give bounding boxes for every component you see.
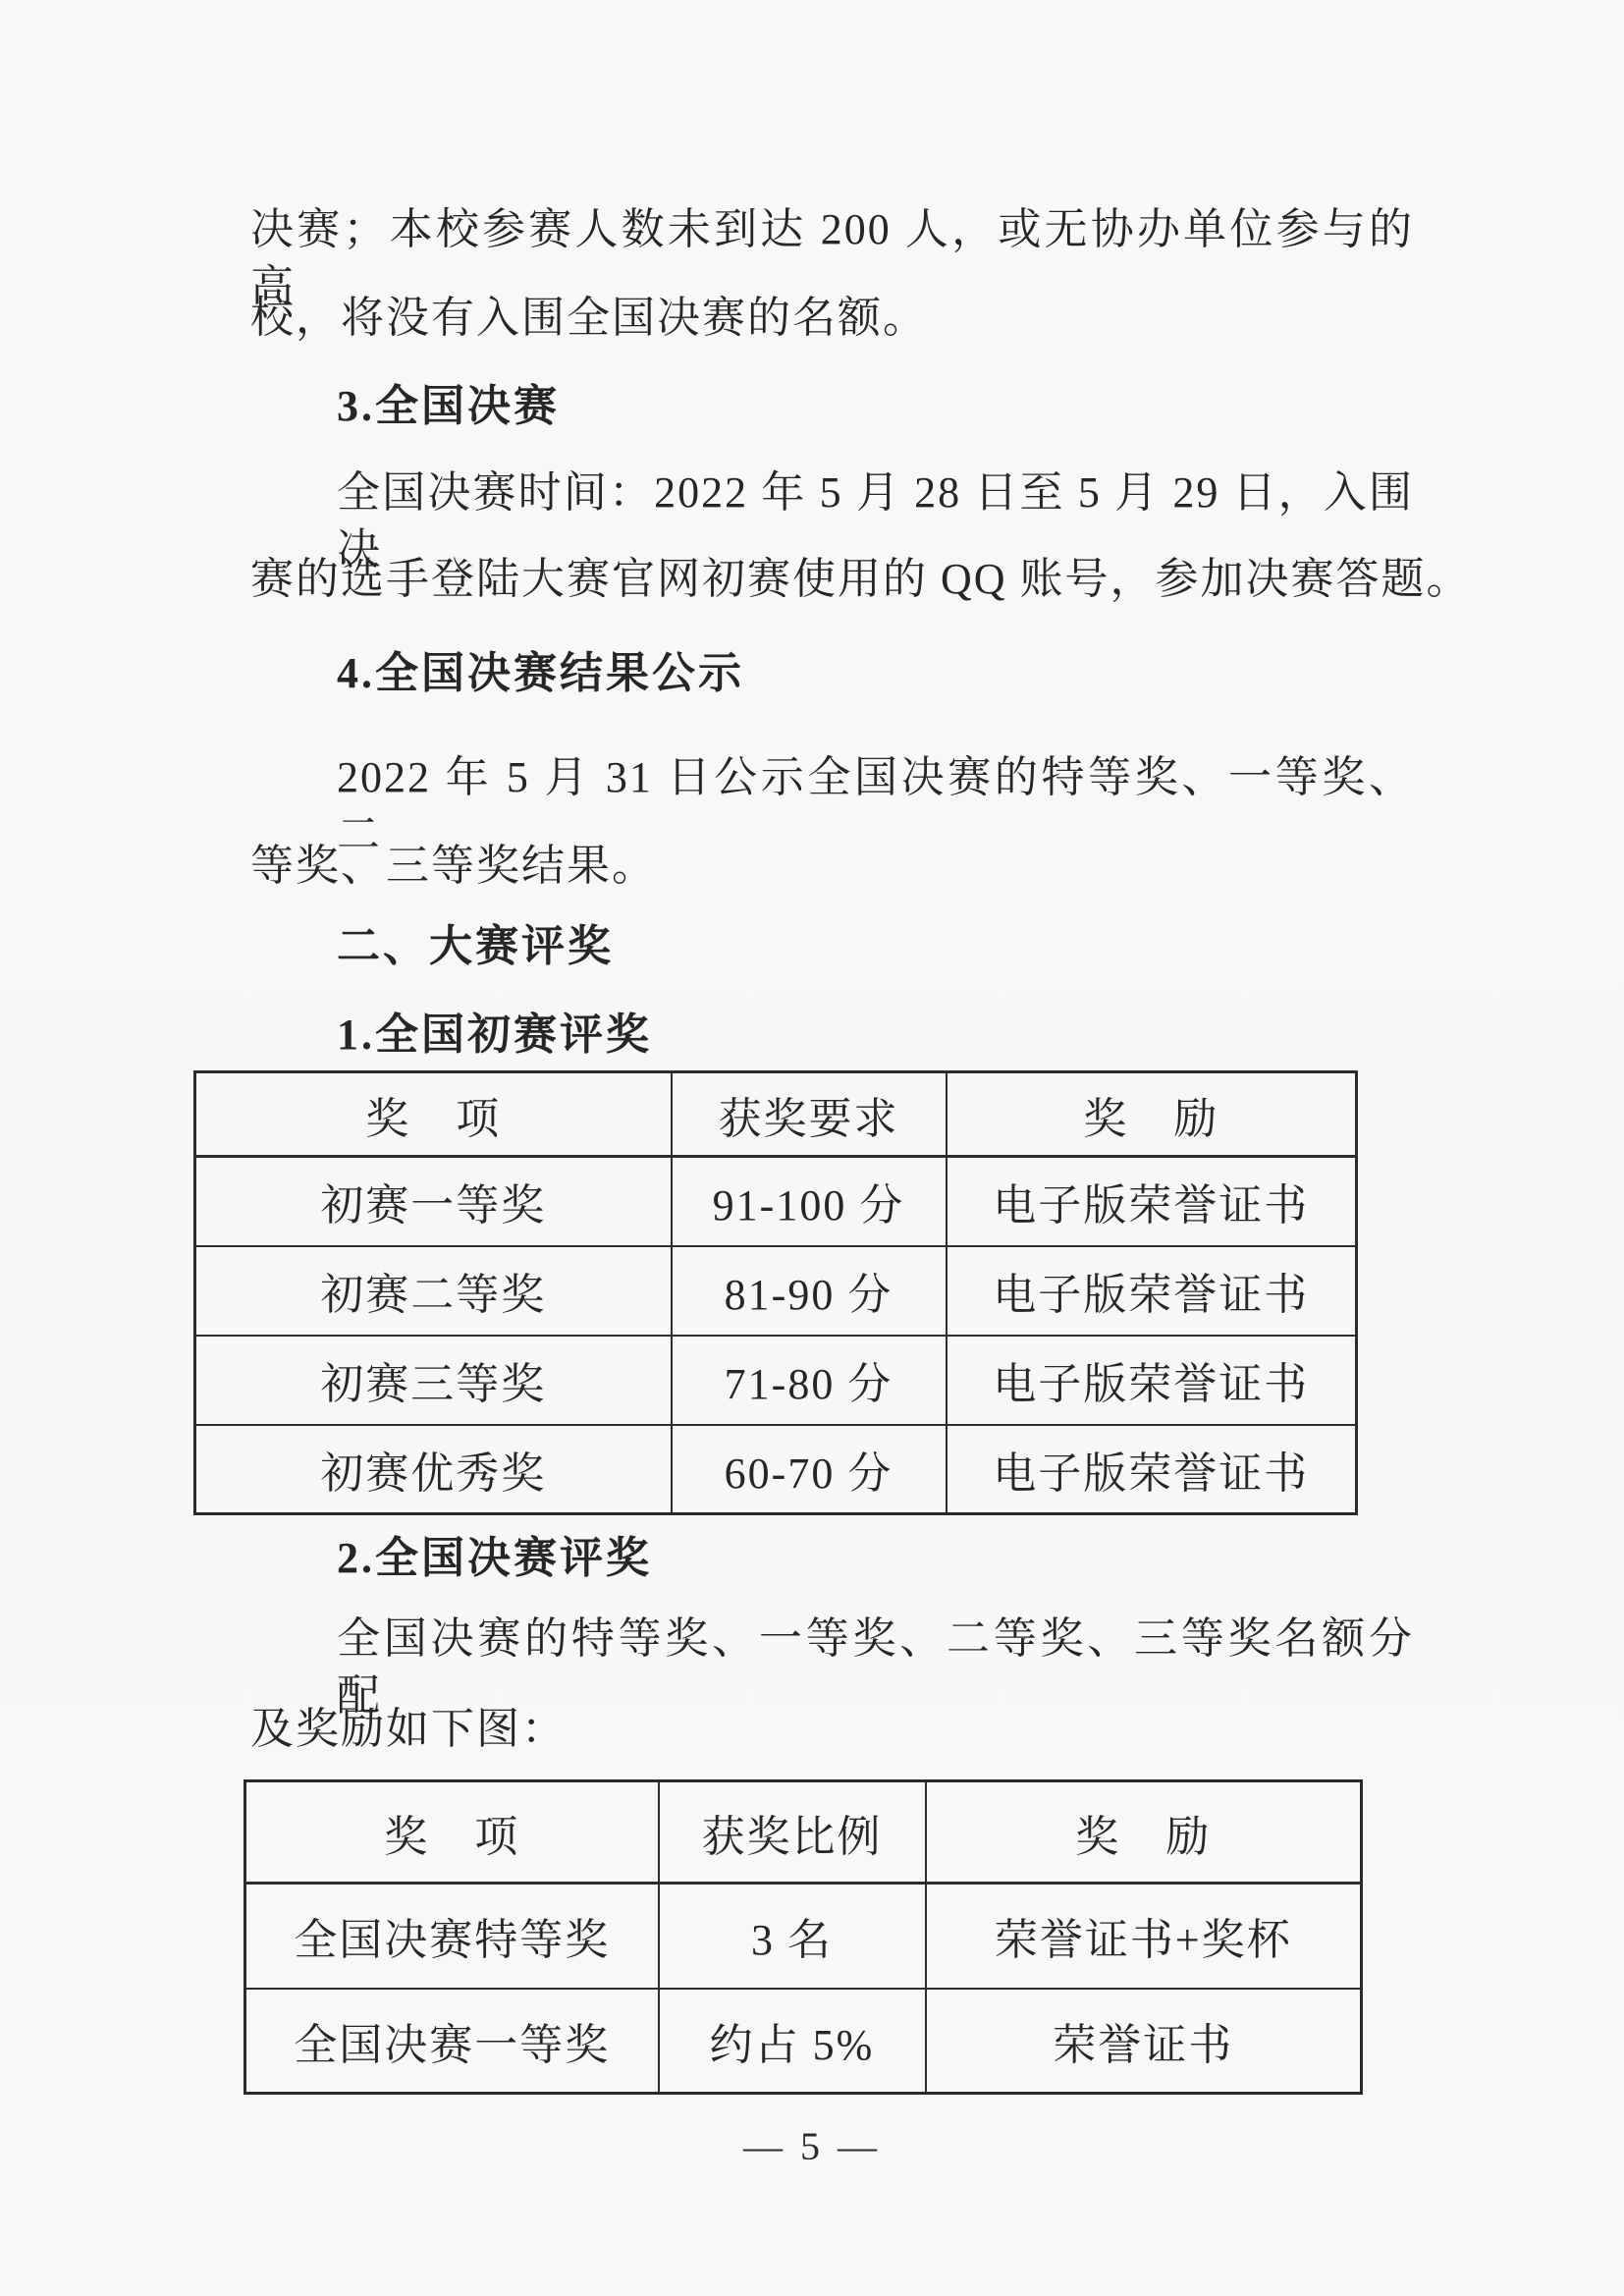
- table-header-row: 奖 项 获奖比例 奖 励: [245, 1781, 1362, 1884]
- table-cell: 电子版荣誉证书: [947, 1336, 1357, 1425]
- table-header-cell: 奖 项: [195, 1072, 672, 1157]
- table-cell: 初赛二等奖: [195, 1246, 672, 1336]
- table-cell: 电子版荣誉证书: [947, 1425, 1357, 1514]
- table-cell: 约占 5%: [659, 1989, 926, 2094]
- table-row: 初赛三等奖 71-80 分 电子版荣誉证书: [195, 1336, 1357, 1425]
- paragraph-line: 2022 年 5 月 31 日公示全国决赛的特等奖、一等奖、二: [337, 749, 1414, 806]
- final-awards-table: 奖 项 获奖比例 奖 励 全国决赛特等奖 3 名 荣誉证书+奖杯 全国决赛一等奖…: [244, 1779, 1363, 2095]
- table-row: 初赛优秀奖 60-70 分 电子版荣誉证书: [195, 1425, 1357, 1514]
- table-cell: 电子版荣誉证书: [947, 1246, 1357, 1336]
- table-cell: 71-80 分: [672, 1336, 947, 1425]
- paragraph-line: 全国决赛的特等奖、一等奖、二等奖、三等奖名额分配: [337, 1611, 1414, 1667]
- table-cell: 全国决赛一等奖: [245, 1989, 659, 2094]
- section-heading-final-awards: 2.全国决赛评奖: [337, 1530, 652, 1587]
- paragraph-line: 决赛；本校参赛人数未到达 200 人，或无协办单位参与的高: [250, 201, 1414, 258]
- table-cell: 初赛一等奖: [195, 1157, 672, 1246]
- section-heading-awards: 二、大赛评奖: [337, 918, 614, 975]
- table-row: 初赛二等奖 81-90 分 电子版荣誉证书: [195, 1246, 1357, 1336]
- table-cell: 电子版荣誉证书: [947, 1157, 1357, 1246]
- paragraph-line: 赛的选手登陆大赛官网初赛使用的 QQ 账号，参加决赛答题。: [250, 551, 1472, 608]
- paragraph-line: 全国决赛时间：2022 年 5 月 28 日至 5 月 29 日，入围决: [337, 465, 1414, 521]
- table-header-cell: 奖 励: [926, 1781, 1362, 1884]
- table-cell: 81-90 分: [672, 1246, 947, 1336]
- table-cell: 初赛三等奖: [195, 1336, 672, 1425]
- table-header-cell: 获奖要求: [672, 1072, 947, 1157]
- scanned-document-page: 决赛；本校参赛人数未到达 200 人，或无协办单位参与的高 校，将没有入围全国决…: [0, 0, 1624, 2296]
- table-cell: 60-70 分: [672, 1425, 947, 1514]
- prelim-awards-table: 奖 项 获奖要求 奖 励 初赛一等奖 91-100 分 电子版荣誉证书 初赛二等…: [193, 1070, 1358, 1515]
- table-row: 全国决赛一等奖 约占 5% 荣誉证书: [245, 1989, 1362, 2094]
- section-heading-prelim-awards: 1.全国初赛评奖: [337, 1007, 652, 1064]
- section-heading-national-final: 3.全国决赛: [337, 378, 560, 435]
- table-header-row: 奖 项 获奖要求 奖 励: [195, 1072, 1357, 1157]
- paragraph-line: 等奖、三等奖结果。: [250, 838, 657, 895]
- table-cell: 初赛优秀奖: [195, 1425, 672, 1514]
- page-number: — 5 —: [0, 2123, 1624, 2169]
- paragraph-line: 及奖励如下图：: [250, 1701, 567, 1758]
- paragraph-line: 校，将没有入围全国决赛的名额。: [250, 290, 928, 347]
- section-heading-final-results: 4.全国决赛结果公示: [337, 645, 744, 702]
- table-header-cell: 奖 励: [947, 1072, 1357, 1157]
- table-header-cell: 奖 项: [245, 1781, 659, 1884]
- table-cell: 荣誉证书+奖杯: [926, 1884, 1362, 1989]
- table-header-cell: 获奖比例: [659, 1781, 926, 1884]
- table-cell: 3 名: [659, 1884, 926, 1989]
- table-cell: 荣誉证书: [926, 1989, 1362, 2094]
- table-row: 初赛一等奖 91-100 分 电子版荣誉证书: [195, 1157, 1357, 1246]
- table-row: 全国决赛特等奖 3 名 荣誉证书+奖杯: [245, 1884, 1362, 1989]
- table-cell: 91-100 分: [672, 1157, 947, 1246]
- table-cell: 全国决赛特等奖: [245, 1884, 659, 1989]
